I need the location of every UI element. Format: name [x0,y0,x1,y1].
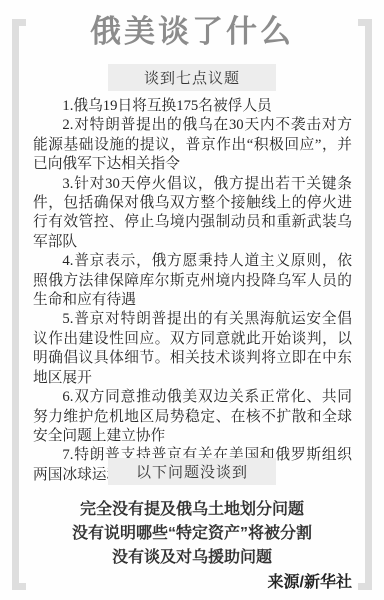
frame-bottom-left-bracket [12,583,26,590]
section-header-not-discussed: 以下问题没谈到 [108,458,276,485]
not-discussed-list: 完全没有提及俄乌土地划分问题 没有说明哪些“特定资产”将被分割 没有谈及对乌援助… [0,498,384,570]
source-credit: 来源/新华社 [268,569,352,592]
list-item-1: 1.俄乌19日将互换175名被俘人员 [33,97,352,116]
section-header-discussed-label: 谈到七点议题 [144,67,240,88]
section-header-discussed: 谈到七点议题 [108,64,276,91]
list-item-2: 2.对特朗普提出的俄乌在30天内不袭击对方能源基础设施的提议，普京作出“积极回应… [33,116,352,174]
list-item-4: 4.普京表示，俄方愿秉持人道主义原则，依照俄方法律保障库尔斯克州境内投降乌军人员… [33,252,352,310]
page-title: 俄美谈了什么 [0,6,384,51]
not-discussed-item-1: 完全没有提及俄乌土地划分问题 [0,498,384,522]
news-infographic: 俄美谈了什么 谈到七点议题 1.俄乌19日将互换175名被俘人员 2.对特朗普提… [0,0,384,600]
not-discussed-item-2: 没有说明哪些“特定资产”将被分割 [0,522,384,546]
list-item-6: 6.双方同意推动俄美双边关系正常化、共同努力维护危机地区局势稳定、在核不扩散和全… [33,388,352,446]
list-item-3: 3.针对30天停火倡议，俄方提出若干关键条件，包括确保对俄乌双方整个接触线上的停… [33,175,352,253]
not-discussed-item-3: 没有谈及对乌援助问题 [0,546,384,570]
frame-bottom-right-bracket [358,583,372,590]
list-item-5: 5.普京对特朗普提出的有关黑海航运安全倡议作出建设性回应。双方同意就此开始谈判，… [33,310,352,388]
discussed-topics-list: 1.俄乌19日将互换175名被俘人员 2.对特朗普提出的俄乌在30天内不袭击对方… [33,97,352,485]
section-header-not-discussed-label: 以下问题没谈到 [136,461,248,482]
